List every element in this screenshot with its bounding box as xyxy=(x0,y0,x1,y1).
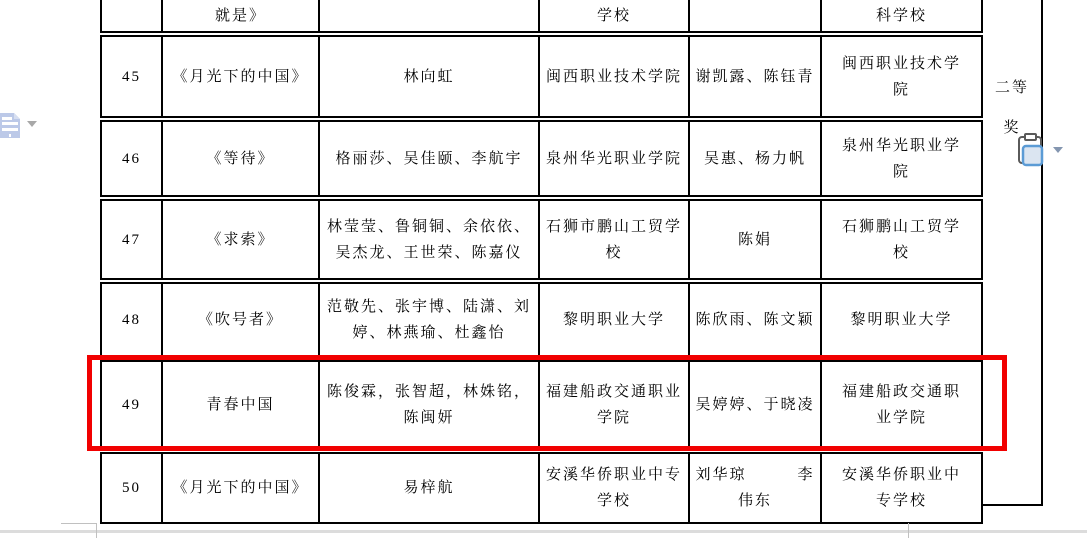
table-row-50: 50《月光下的中国》易梓航安溪华侨职业中专学校刘华琼 李伟东安溪华侨职业中专学校 xyxy=(100,452,983,524)
margin-corner-mark xyxy=(96,523,97,538)
table-cell: 《求索》 xyxy=(163,199,320,280)
table-cell: 学校 xyxy=(540,0,690,33)
award-label-line1: 二等 xyxy=(983,68,1041,108)
table-cell: 石狮市鹏山工贸学校 xyxy=(540,199,690,280)
table-cell: 泉州华光职业学院 xyxy=(540,120,690,197)
table-cell: 陈欣雨、陈文颖 xyxy=(690,282,822,358)
paste-options-document-icon[interactable] xyxy=(0,113,22,138)
table-row-48: 48《吹号者》范敬先、张宇博、陆潇、刘婷、林燕瑜、杜鑫怡黎明职业大学陈欣雨、陈文… xyxy=(100,282,983,358)
table-cell: 黎明职业大学 xyxy=(540,282,690,358)
margin-corner-mark xyxy=(61,523,97,524)
table-cell: 安溪华侨职业中专学校 xyxy=(540,452,690,524)
table-cell: 刘华琼 李伟东 xyxy=(690,452,822,524)
table-cell: 50 xyxy=(100,452,163,524)
table-row-46: 46《等待》格丽莎、吴佳颐、李航宇泉州华光职业学院吴惠、杨力帆泉州华光职业学院 xyxy=(100,120,983,197)
table-row-45: 45《月光下的中国》林向虹闽西职业技术学院谢凯露、陈钰青闽西职业技术学院 xyxy=(100,35,983,118)
margin-mark xyxy=(908,523,909,538)
table-cell: 范敬先、张宇博、陆潇、刘婷、林燕瑜、杜鑫怡 xyxy=(320,282,540,358)
table-cell: 石狮鹏山工贸学校 xyxy=(822,199,983,280)
table-cell: 科学校 xyxy=(822,0,983,33)
table-cell: 47 xyxy=(100,199,163,280)
page-break-line xyxy=(0,530,1087,533)
paste-options-clipboard-icon[interactable] xyxy=(1015,131,1047,169)
red-highlight-rectangle xyxy=(87,355,1007,451)
table-cell: 48 xyxy=(100,282,163,358)
dropdown-arrow-icon[interactable] xyxy=(1051,145,1065,155)
table-cell: 安溪华侨职业中专学校 xyxy=(822,452,983,524)
table-cell: 46 xyxy=(100,120,163,197)
table-cell: 就是》 xyxy=(163,0,320,33)
table-cell: 陈娟 xyxy=(690,199,822,280)
table-cell: 闽西职业技术学院 xyxy=(822,35,983,118)
table-cell: 黎明职业大学 xyxy=(822,282,983,358)
table-cell: 《月光下的中国》 xyxy=(163,452,320,524)
dropdown-arrow-icon[interactable] xyxy=(26,119,38,129)
table-row-47: 47《求索》林莹莹、鲁铜铜、余依依、吴杰龙、王世荣、陈嘉仪石狮市鹏山工贸学校陈娟… xyxy=(100,199,983,280)
table-cell: 45 xyxy=(100,35,163,118)
document-page: 就是》学校科学校45《月光下的中国》林向虹闽西职业技术学院谢凯露、陈钰青闽西职业… xyxy=(0,0,1087,538)
table-cell: 泉州华光职业学院 xyxy=(822,120,983,197)
award-spacer xyxy=(983,0,1041,68)
table-cell xyxy=(100,0,163,33)
table-cell: 林莹莹、鲁铜铜、余依依、吴杰龙、王世荣、陈嘉仪 xyxy=(320,199,540,280)
table-cell: 易梓航 xyxy=(320,452,540,524)
table-cell: 《等待》 xyxy=(163,120,320,197)
table-cell: 《吹号者》 xyxy=(163,282,320,358)
table-cell: 闽西职业技术学院 xyxy=(540,35,690,118)
table-cell xyxy=(320,0,540,33)
table-cell: 吴惠、杨力帆 xyxy=(690,120,822,197)
table-cell: 谢凯露、陈钰青 xyxy=(690,35,822,118)
table-cell: 格丽莎、吴佳颐、李航宇 xyxy=(320,120,540,197)
table-cell: 《月光下的中国》 xyxy=(163,35,320,118)
table-cell xyxy=(690,0,822,33)
table-row-44-partial: 就是》学校科学校 xyxy=(100,0,983,33)
table-cell: 林向虹 xyxy=(320,35,540,118)
